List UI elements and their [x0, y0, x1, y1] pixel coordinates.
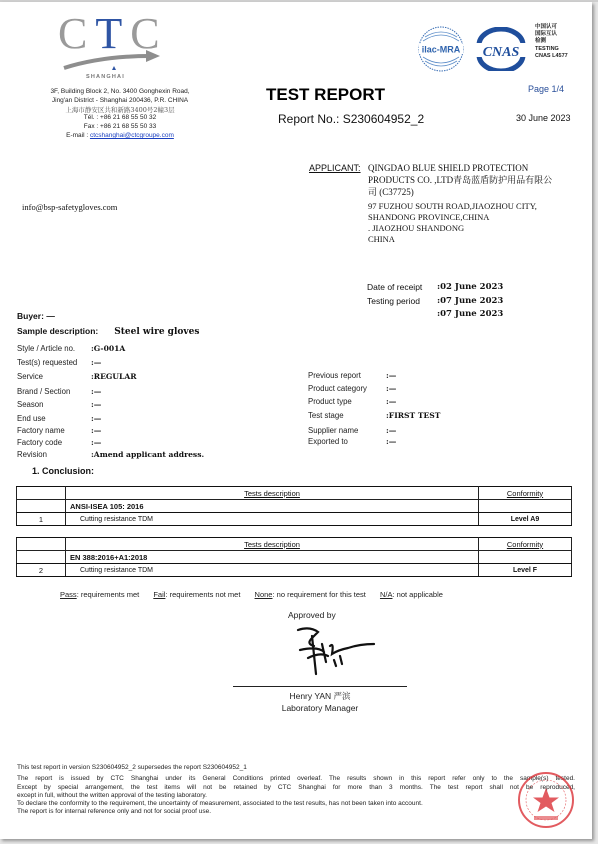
applicant-label: APPLICANT:	[309, 163, 361, 173]
legend-text: : requirements not met	[165, 590, 240, 599]
report-date: 30 June 2023	[516, 113, 571, 123]
field-tests-requested: Test(s) requested:—	[17, 358, 101, 367]
row-number: 1	[17, 513, 66, 526]
sample-description: Sample description:Steel wire gloves	[17, 326, 199, 337]
conformity-header: Conformity	[479, 487, 572, 500]
cell-empty	[17, 487, 66, 500]
tests-description-header: Tests description	[66, 487, 479, 500]
result-legend: Pass: requirements met Fail: requirement…	[60, 590, 455, 599]
field-label: Factory code	[17, 438, 91, 447]
legend-fail: Fail: requirements not met	[153, 590, 240, 599]
applicant-name-line: 司 (C37725)	[368, 186, 558, 198]
field-end-use: End use:—	[17, 414, 101, 423]
applicant-name: QINGDAO BLUE SHIELD PROTECTION PRODUCTS …	[368, 162, 558, 198]
field-factory-code: Factory code:—	[17, 438, 101, 447]
cell-empty	[17, 538, 66, 551]
report-number-label: Report No.:	[278, 112, 343, 126]
cnas-logo-icon: CNAS	[473, 27, 529, 71]
field-test-stage: Test stage:FIRST TEST	[308, 411, 440, 420]
legend-pass: Pass: requirements met	[60, 590, 139, 599]
applicant-address-line: . JIAOZHOU SHANDONG	[368, 223, 568, 234]
footer-line: The report is issued by CTC Shanghai und…	[17, 775, 575, 783]
field-label: Previous report	[308, 371, 386, 380]
cell-empty	[17, 500, 66, 513]
company-seal-stamp-icon	[516, 770, 576, 830]
legend-text: : not applicable	[392, 590, 442, 599]
field-supplier-name: Supplier name:—	[308, 426, 396, 435]
applicant-address-line: CHINA	[368, 234, 568, 245]
date-value: :02 June 2023	[437, 281, 503, 295]
field-value: :FIRST TEST	[386, 411, 440, 420]
table-row: 1Cutting resistance TDMLevel A9	[17, 513, 572, 526]
field-revision: Revision:Amend applicant address.	[17, 450, 204, 459]
date-value: :07 June 2023	[437, 295, 503, 309]
field-brand: Brand / Section:—	[17, 387, 101, 396]
field-value: :—	[386, 397, 396, 406]
cell-empty	[479, 551, 572, 564]
legend-key: Fail	[153, 590, 165, 599]
cnas-line: TESTING	[535, 46, 568, 53]
legend-text: : requirements met	[77, 590, 140, 599]
report-title: TEST REPORT	[266, 85, 385, 105]
legend-text: : no requirement for this test	[272, 590, 365, 599]
table-row: 2Cutting resistance TDMLevel F	[17, 564, 572, 577]
field-label: Test stage	[308, 411, 386, 420]
applicant-address-line: 97 FUZHOU SOUTH ROAD,JIAOZHOU CITY,	[368, 201, 568, 212]
footer-line: To declare the conformity to the require…	[17, 800, 575, 808]
svg-text:CNAS: CNAS	[483, 45, 520, 60]
field-label: Brand / Section	[17, 387, 91, 396]
test-name: Cutting resistance TDM	[66, 564, 479, 577]
field-value: :—	[91, 400, 101, 409]
footer-line: except in full, without the written appr…	[17, 792, 575, 800]
field-label: Season	[17, 400, 91, 409]
address-line: Jing'an District - Shanghai 200436, P.R.…	[20, 97, 220, 106]
field-label: Service	[17, 372, 91, 381]
buyer: Buyer: —	[17, 311, 55, 321]
field-service: Service:REGULAR	[17, 372, 137, 381]
field-value: :REGULAR	[91, 372, 137, 381]
ctc-email-link[interactable]: ctcshanghai@ctcgroupe.com	[90, 132, 174, 139]
applicant-address: 97 FUZHOU SOUTH ROAD,JIAOZHOU CITY, SHAN…	[368, 201, 568, 245]
applicant-address-line: SHANDONG PROVINCE,CHINA	[368, 212, 568, 223]
address-line-cn: 上海市静安区共和新路3400号2幢3层	[20, 106, 220, 115]
field-label: Revision	[17, 450, 91, 459]
signer-block: Henry YAN 严滨 Laboratory Manager	[233, 690, 407, 714]
field-label: Product category	[308, 384, 386, 393]
page-indicator: Page 1/4	[528, 84, 564, 94]
field-value: :—	[386, 437, 396, 446]
address-line: 3F, Building Block 2, No. 3400 Gonghexin…	[20, 88, 220, 97]
field-value: :G-001A	[91, 344, 125, 353]
buyer-value: —	[46, 311, 55, 321]
field-value: :—	[91, 414, 101, 423]
field-season: Season:—	[17, 400, 101, 409]
cnas-line: 检测	[535, 38, 568, 45]
results-table-en388: Tests descriptionConformity EN 388:2016+…	[16, 537, 572, 577]
field-label: Exported to	[308, 437, 386, 446]
field-value: :—	[386, 426, 396, 435]
field-style: Style / Article no.:G-001A	[17, 344, 125, 353]
field-label: End use	[17, 414, 91, 423]
field-label: Factory name	[17, 426, 91, 435]
footer-line: The report is for internal reference onl…	[17, 808, 575, 816]
test-name: Cutting resistance TDM	[66, 513, 479, 526]
date-label: Testing period	[367, 295, 437, 309]
date-value: :07 June 2023	[437, 308, 503, 322]
field-label: Style / Article no.	[17, 344, 91, 353]
conformity-result: Level A9	[479, 513, 572, 526]
date-label	[367, 308, 437, 322]
row-number: 2	[17, 564, 66, 577]
applicant-email: info@bsp-safetygloves.com	[22, 202, 117, 212]
field-value: :—	[91, 426, 101, 435]
standard-name: EN 388:2016+A1:2018	[66, 551, 479, 564]
field-value: :Amend applicant address.	[91, 450, 204, 459]
buyer-label: Buyer:	[17, 311, 44, 321]
field-value: :—	[91, 387, 101, 396]
legend-key: None	[255, 590, 273, 599]
report-number: Report No.: S230604952_2	[278, 112, 424, 126]
ilac-mra-logo-icon: ilac-MRA	[417, 25, 465, 73]
field-factory-name: Factory name:—	[17, 426, 101, 435]
approved-by-label: Approved by	[288, 610, 336, 620]
cell-empty	[479, 500, 572, 513]
field-value: :—	[386, 371, 396, 380]
ctc-arrow-icon	[62, 48, 162, 72]
ctc-address-block: 3F, Building Block 2, No. 3400 Gonghexin…	[20, 88, 220, 141]
conformity-result: Level F	[479, 564, 572, 577]
field-previous-report: Previous report:—	[308, 371, 396, 380]
report-page: CTC SHANGHAI 3F, Building Block 2, No. 3…	[0, 2, 592, 839]
results-table-ansi: Tests descriptionConformity ANSI-ISEA 10…	[16, 486, 572, 526]
field-label: Product type	[308, 397, 386, 406]
legend-none: None: no requirement for this test	[255, 590, 366, 599]
field-product-category: Product category:—	[308, 384, 396, 393]
cell-empty	[17, 551, 66, 564]
legend-na: N/A: not applicable	[380, 590, 443, 599]
dates-block: Date of receipt:02 June 2023 Testing per…	[367, 281, 503, 322]
applicant-name-line: QINGDAO BLUE SHIELD PROTECTION	[368, 162, 558, 174]
signature-icon	[278, 622, 378, 682]
report-number-value: S230604952_2	[343, 112, 424, 126]
tel: Tél. : +86 21 68 55 50 32	[20, 114, 220, 123]
footer-notes: This test report in version S230604952_2…	[17, 764, 575, 817]
field-value: :—	[91, 358, 101, 367]
signature-line	[233, 686, 407, 687]
legend-key: Pass	[60, 590, 77, 599]
standard-name: ANSI-ISEA 105: 2016	[66, 500, 479, 513]
field-label: Supplier name	[308, 426, 386, 435]
field-exported-to: Exported to:—	[308, 437, 396, 446]
applicant-name-line: PRODUCTS CO. ,LTD青岛蓝盾防护用品有限公	[368, 174, 558, 186]
email-label: E-mail :	[66, 132, 90, 139]
signer-role: Laboratory Manager	[233, 702, 407, 714]
conclusion-heading: 1. Conclusion:	[32, 466, 94, 476]
date-label: Date of receipt	[367, 281, 437, 295]
svg-text:ilac-MRA: ilac-MRA	[422, 45, 461, 55]
field-value: :—	[386, 384, 396, 393]
field-label: Test(s) requested	[17, 358, 91, 367]
signer-name: Henry YAN 严滨	[233, 690, 407, 702]
supersede-note: This test report in version S230604952_2…	[17, 764, 575, 772]
tests-description-header: Tests description	[66, 538, 479, 551]
fax: Fax : +86 21 68 55 50 33	[20, 123, 220, 132]
cnas-accreditation-text: 中国认可 国际互认 检测 TESTING CNAS L4577	[535, 24, 568, 60]
legend-key: N/A	[380, 590, 393, 599]
field-product-type: Product type:—	[308, 397, 396, 406]
cnas-line: CNAS L4577	[535, 53, 568, 60]
sample-value: Steel wire gloves	[114, 327, 199, 337]
footer-line: Except by special arrangement, the test …	[17, 784, 575, 792]
field-value: :—	[91, 438, 101, 447]
sample-label: Sample description:	[17, 326, 98, 336]
applicant-label-text: APPLICANT	[309, 163, 358, 173]
ctc-city: SHANGHAI	[86, 74, 125, 80]
conformity-header: Conformity	[479, 538, 572, 551]
